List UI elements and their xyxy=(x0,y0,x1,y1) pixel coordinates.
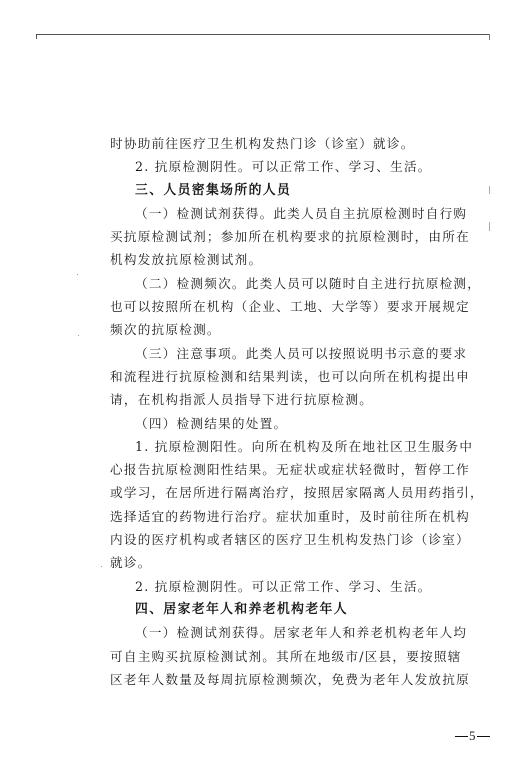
scan-edge-mark xyxy=(489,186,490,194)
paragraph-line: 也可以按照所在机构（企业、工地、大学等）要求开展规定 xyxy=(110,295,408,318)
page-number-dash-left xyxy=(455,736,468,737)
paragraph-line: 可自主购买抗原检测试剂。其所在地级市/区县，要按照辖 xyxy=(110,645,408,668)
scan-speck xyxy=(101,566,102,567)
paragraph-line: 机构发放抗原检测试剂。 xyxy=(110,248,408,271)
paragraph-line: 时协助前往医疗卫生机构发热门诊（诊室）就诊。 xyxy=(110,132,408,155)
paragraph-line: （二）检测频次。此类人员可以随时自主进行抗原检测， xyxy=(110,272,408,295)
paragraph-line: 1. 抗原检测阳性。向所在机构及所在地社区卫生服务中 xyxy=(110,435,408,458)
page-top-border xyxy=(36,34,490,35)
paragraph-line: 或学习，在居所进行隔离治疗，按照居家隔离人员用药指引， xyxy=(110,481,408,504)
page-number-value: 5 xyxy=(468,728,477,744)
paragraph-line: （四）检测结果的处置。 xyxy=(110,412,408,435)
paragraph-line: 2. 抗原检测阴性。可以正常工作、学习、生活。 xyxy=(110,155,408,178)
paragraph-line: （一）检测试剂获得。居家老年人和养老机构老年人均 xyxy=(110,621,408,644)
document-body: 时协助前往医疗卫生机构发热门诊（诊室）就诊。2. 抗原检测阴性。可以正常工作、学… xyxy=(110,132,408,691)
section-heading: 三、人员密集场所的人员 xyxy=(110,179,408,202)
section-heading: 四、居家老年人和养老机构老年人 xyxy=(110,598,408,621)
paragraph-line: 频次的抗原检测。 xyxy=(110,318,408,341)
paragraph-line: 和流程进行抗原检测和结果判读，也可以向所在机构提出申 xyxy=(110,365,408,388)
paragraph-line: 请，在机构指派人员指导下进行抗原检测。 xyxy=(110,388,408,411)
paragraph-line: 选择适宜的药物进行治疗。症状加重时，及时前往所在机构 xyxy=(110,505,408,528)
page-corner-left xyxy=(36,34,37,39)
paragraph-line: （一）检测试剂获得。此类人员自主抗原检测时自行购 xyxy=(110,202,408,225)
page-corner-right xyxy=(489,34,490,40)
paragraph-line: 内设的医疗机构或者辖区的医疗卫生机构发热门诊（诊室） xyxy=(110,528,408,551)
scan-speck xyxy=(78,335,79,336)
paragraph-line: （三）注意事项。此类人员可以按照说明书示意的要求 xyxy=(110,342,408,365)
paragraph-line: 买抗原检测试剂；参加所在机构要求的抗原检测时，由所在 xyxy=(110,225,408,248)
paragraph-line: 就诊。 xyxy=(110,551,408,574)
page-number: 5 xyxy=(455,728,490,744)
scan-edge-mark xyxy=(489,222,490,231)
paragraph-line: 区老年人数量及每周抗原检测频次，免费为老年人发放抗原 xyxy=(110,668,408,691)
scan-speck xyxy=(77,274,78,275)
page-number-dash-right xyxy=(477,736,490,737)
paragraph-line: 心报告抗原检测阳性结果。无症状或症状轻微时，暂停工作 xyxy=(110,458,408,481)
paragraph-line: 2. 抗原检测阴性。可以正常工作、学习、生活。 xyxy=(110,575,408,598)
